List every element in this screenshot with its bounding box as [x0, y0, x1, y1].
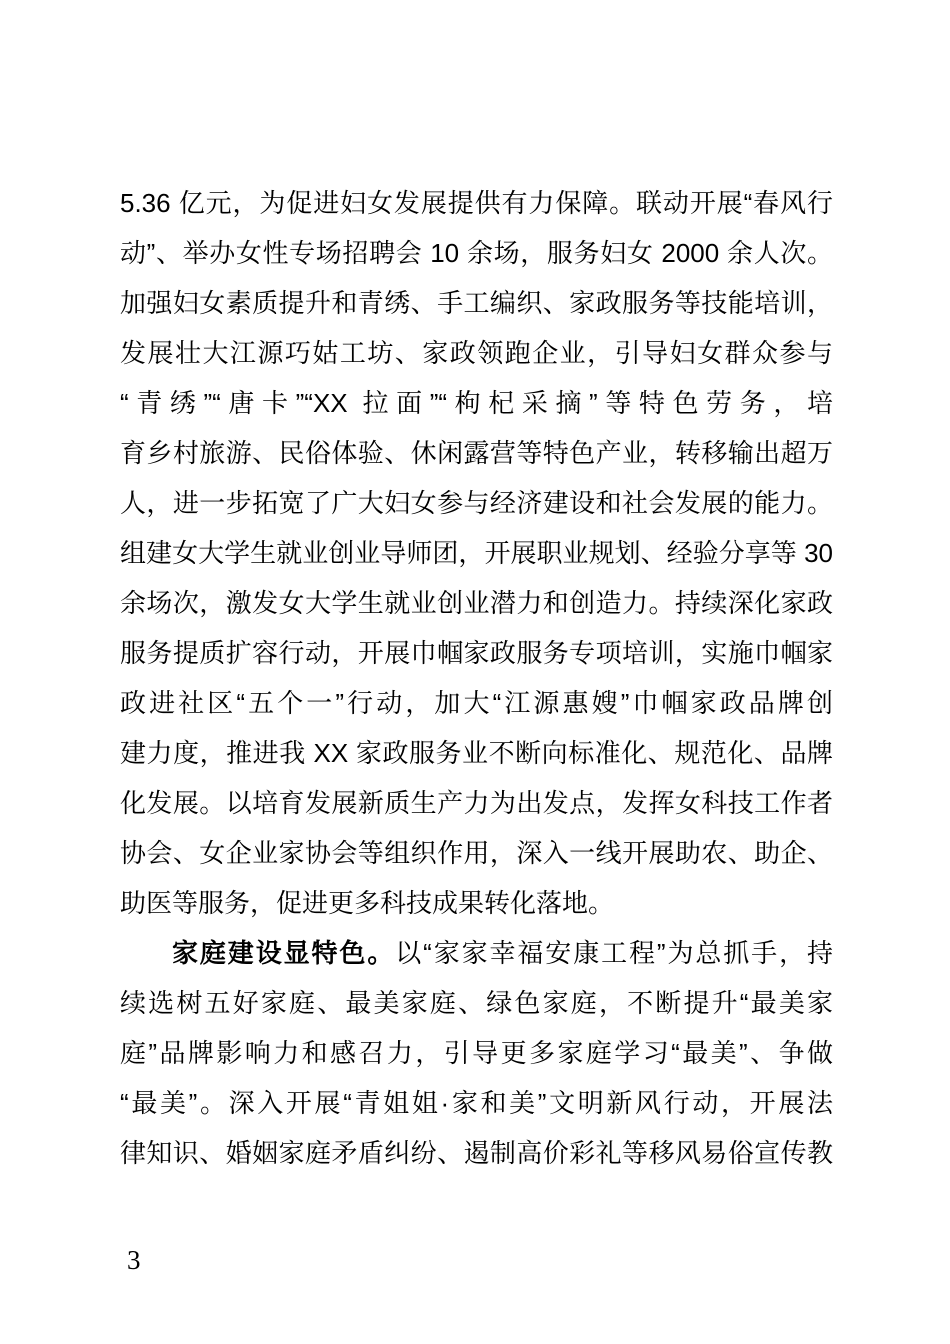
text-segment: 助医等服务，促进更多科技成果转化落地。 [120, 888, 614, 918]
text-line: 政进社区“五个一”行动，加大“江源惠嫂”巾帼家政品牌创 [120, 678, 833, 728]
text-segment: 5.36 亿元，为促进妇女发展提供有力保障。联动开展“春风行 [120, 188, 833, 218]
text-line: 服务提质扩容行动，开展巾帼家政服务专项培训，实施巾帼家 [120, 628, 833, 678]
text-segment: “最美”。深入开展“青姐姐·家和美”文明新风行动，开展法 [120, 1088, 833, 1118]
text-line: 育乡村旅游、民俗体验、休闲露营等特色产业，转移输出超万 [120, 428, 833, 478]
text-line: 律知识、婚姻家庭矛盾纠纷、遏制高价彩礼等移风易俗宣传教 [120, 1128, 833, 1178]
text-segment: 发展壮大江源巧姑工坊、家政领跑企业，引导妇女群众参与 [120, 338, 833, 368]
text-segment: 建力度，推进我 XX 家政服务业不断向标准化、规范化、品牌 [120, 738, 833, 768]
text-segment: 续选树五好家庭、最美家庭、绿色家庭，不断提升“最美家 [120, 988, 833, 1018]
text-line: “最美”。深入开展“青姐姐·家和美”文明新风行动，开展法 [120, 1078, 833, 1128]
text-segment: 动”、举办女性专场招聘会 10 余场，服务妇女 2000 余人次。 [120, 238, 833, 268]
page-number: 3 [127, 1242, 141, 1278]
text-line: 人，进一步拓宽了广大妇女参与经济建设和社会发展的能力。 [120, 478, 833, 528]
text-line: 家庭建设显特色。以“家家幸福安康工程”为总抓手，持 [120, 928, 833, 978]
text-line: 组建女大学生就业创业导师团，开展职业规划、经验分享等 30 [120, 528, 833, 578]
text-line: 余场次，激发女大学生就业创业潜力和创造力。持续深化家政 [120, 578, 833, 628]
text-line: 续选树五好家庭、最美家庭、绿色家庭，不断提升“最美家 [120, 978, 833, 1028]
text-segment: 组建女大学生就业创业导师团，开展职业规划、经验分享等 30 [120, 538, 833, 568]
text-line: 化发展。以培育发展新质生产力为出发点，发挥女科技工作者 [120, 778, 833, 828]
text-segment: 政进社区“五个一”行动，加大“江源惠嫂”巾帼家政品牌创 [120, 688, 833, 718]
paragraph-lead-bold: 家庭建设显特色。 [172, 938, 395, 968]
text-line: 5.36 亿元，为促进妇女发展提供有力保障。联动开展“春风行 [120, 178, 833, 228]
text-segment: 庭”品牌影响力和感召力，引导更多家庭学习“最美”、争做 [120, 1038, 833, 1068]
text-segment: 加强妇女素质提升和青绣、手工编织、家政服务等技能培训， [120, 288, 833, 318]
text-segment: 人，进一步拓宽了广大妇女参与经济建设和社会发展的能力。 [120, 488, 833, 518]
text-line: 加强妇女素质提升和青绣、手工编织、家政服务等技能培训， [120, 278, 833, 328]
text-segment: “青绣”“唐卡”“XX 拉面”“枸杞采摘”等特色劳务，培 [120, 388, 833, 418]
text-segment: 以“家家幸福安康工程”为总抓手，持 [395, 938, 833, 968]
text-segment: 育乡村旅游、民俗体验、休闲露营等特色产业，转移输出超万 [120, 438, 833, 468]
document-page: 5.36 亿元，为促进妇女发展提供有力保障。联动开展“春风行动”、举办女性专场招… [0, 0, 950, 1344]
text-segment: 服务提质扩容行动，开展巾帼家政服务专项培训，实施巾帼家 [120, 638, 833, 668]
text-segment: 化发展。以培育发展新质生产力为出发点，发挥女科技工作者 [120, 788, 833, 818]
text-line: 建力度，推进我 XX 家政服务业不断向标准化、规范化、品牌 [120, 728, 833, 778]
text-segment: 余场次，激发女大学生就业创业潜力和创造力。持续深化家政 [120, 588, 833, 618]
text-line: “青绣”“唐卡”“XX 拉面”“枸杞采摘”等特色劳务，培 [120, 378, 833, 428]
text-line: 庭”品牌影响力和感召力，引导更多家庭学习“最美”、争做 [120, 1028, 833, 1078]
text-block: 5.36 亿元，为促进妇女发展提供有力保障。联动开展“春风行动”、举办女性专场招… [120, 178, 833, 1178]
text-segment: 律知识、婚姻家庭矛盾纠纷、遏制高价彩礼等移风易俗宣传教 [120, 1138, 833, 1168]
text-segment: 协会、女企业家协会等组织作用，深入一线开展助农、助企、 [120, 838, 833, 868]
text-line: 助医等服务，促进更多科技成果转化落地。 [120, 878, 833, 928]
text-line: 协会、女企业家协会等组织作用，深入一线开展助农、助企、 [120, 828, 833, 878]
text-line: 动”、举办女性专场招聘会 10 余场，服务妇女 2000 余人次。 [120, 228, 833, 278]
text-line: 发展壮大江源巧姑工坊、家政领跑企业，引导妇女群众参与 [120, 328, 833, 378]
